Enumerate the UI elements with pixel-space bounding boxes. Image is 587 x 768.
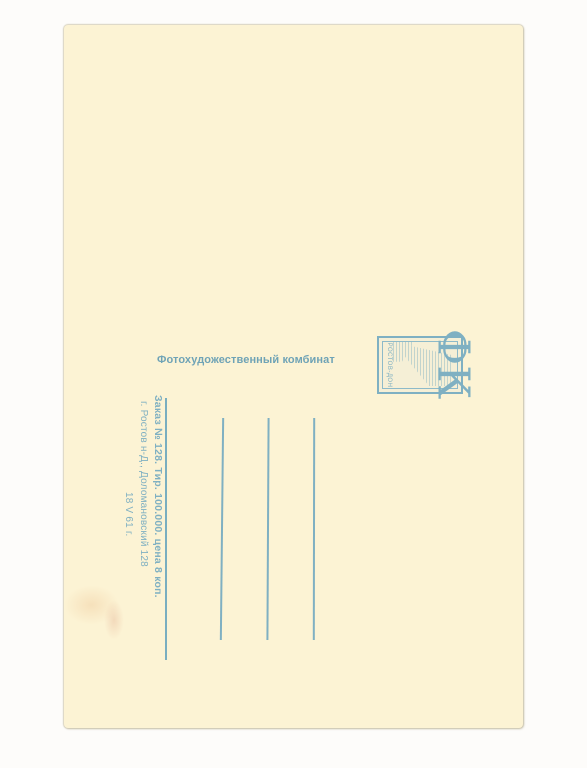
- paper-stain: [104, 600, 124, 640]
- imprint-address-line: г. Ростов н-Д., Доломановский 128: [138, 401, 149, 567]
- postcard-back: Фотохудожественный комбинат РОСТОВ-ДОН Ф…: [64, 25, 523, 728]
- imprint-date-line: 18 V 61 г.: [123, 492, 134, 536]
- divider-line: [165, 398, 167, 660]
- paper-stain: [64, 585, 119, 625]
- logo-city-label: РОСТОВ-ДОН: [386, 343, 392, 388]
- publisher-name: Фотохудожественный комбинат: [157, 354, 335, 366]
- address-line: [266, 418, 269, 640]
- address-line: [220, 418, 224, 640]
- logo-monogram-icon: ФК: [428, 329, 476, 400]
- publisher-logo: РОСТОВ-ДОН ФК: [377, 336, 463, 394]
- imprint-order-line: Заказ № 128. Тир. 100.000. цена 8 коп.: [152, 395, 164, 598]
- address-line: [313, 418, 315, 640]
